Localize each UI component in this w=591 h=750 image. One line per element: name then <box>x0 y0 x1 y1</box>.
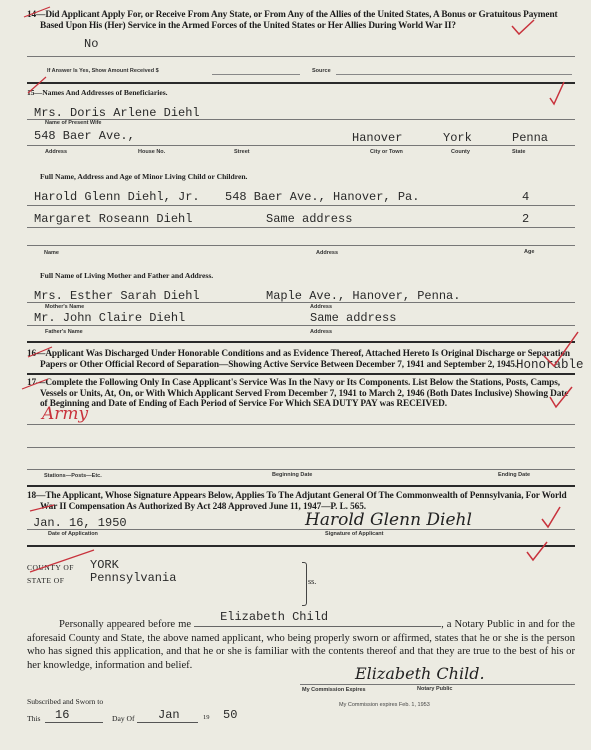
notary-signature[interactable]: Elizabeth Child. <box>355 664 485 683</box>
child-1-name[interactable]: Harold Glenn Diehl, Jr. <box>34 190 200 204</box>
child-2-age[interactable]: 2 <box>522 212 529 226</box>
notary-name[interactable]: Elizabeth Child <box>220 611 328 625</box>
wife-name[interactable]: Mrs. Doris Arlene Diehl <box>34 106 200 120</box>
wife-state[interactable]: Penna <box>512 131 548 145</box>
sworn-day[interactable]: 16 <box>55 708 69 722</box>
red-check-icon <box>525 540 549 562</box>
commission-stamp: My Commission expires Feb. 1, 1953 <box>339 702 430 708</box>
q14-answer[interactable]: No <box>84 37 98 51</box>
wife-city[interactable]: Hanover <box>352 131 402 145</box>
children-title: Full Name, Address and Age of Minor Livi… <box>40 172 247 181</box>
sworn-year[interactable]: 50 <box>223 708 237 722</box>
child-2-name[interactable]: Margaret Roseann Diehl <box>34 212 192 226</box>
father-name[interactable]: Mr. John Claire Diehl <box>34 311 185 325</box>
child-1-age[interactable]: 4 <box>522 190 529 204</box>
mother-name[interactable]: Mrs. Esther Sarah Diehl <box>34 289 200 303</box>
red-check-icon <box>540 505 562 530</box>
father-address[interactable]: Same address <box>310 311 396 325</box>
mother-address[interactable]: Maple Ave., Hanover, Penna. <box>266 289 460 303</box>
red-mark-icon <box>26 345 56 359</box>
parents-title: Full Name of Living Mother and Father an… <box>40 271 213 280</box>
amount-label: If Answer Is Yes, Show Amount Received $ <box>47 68 159 74</box>
child-2-address[interactable]: Same address <box>266 212 352 226</box>
q18-statement: 18—The Applicant, Whose Signature Appear… <box>27 491 575 512</box>
red-check-icon <box>510 18 536 38</box>
q16-statement: 16—Applicant Was Discharged Under Honora… <box>27 349 575 370</box>
wife-county[interactable]: York <box>443 131 472 145</box>
child-1-address[interactable]: 548 Baer Ave., Hanover, Pa. <box>225 190 419 204</box>
application-date[interactable]: Jan. 16, 1950 <box>33 516 127 530</box>
red-mark-icon <box>28 501 58 515</box>
red-mark-icon <box>22 75 52 95</box>
red-mark-icon <box>28 548 98 574</box>
state-value[interactable]: Pennsylvania <box>90 571 176 585</box>
red-mark-icon <box>20 377 50 391</box>
source-label: Source <box>312 68 331 74</box>
wife-address[interactable]: 548 Baer Ave., <box>34 129 135 143</box>
red-check-icon <box>548 80 568 106</box>
q14-question: 14—Did Applicant Apply For, or Receive F… <box>27 10 575 31</box>
red-mark-icon <box>22 5 52 19</box>
applicant-signature[interactable]: Harold Glenn Diehl <box>305 510 472 530</box>
sworn-month[interactable]: Jan <box>158 708 180 722</box>
red-check-icon <box>540 330 580 375</box>
red-check-icon <box>548 385 574 415</box>
notary-paragraph: Personally appeared before me Elizabeth … <box>27 615 575 672</box>
service-branch-handwritten[interactable]: Army <box>42 404 88 424</box>
q17-statement: 17—Complete the Following Only In Case A… <box>27 378 575 410</box>
